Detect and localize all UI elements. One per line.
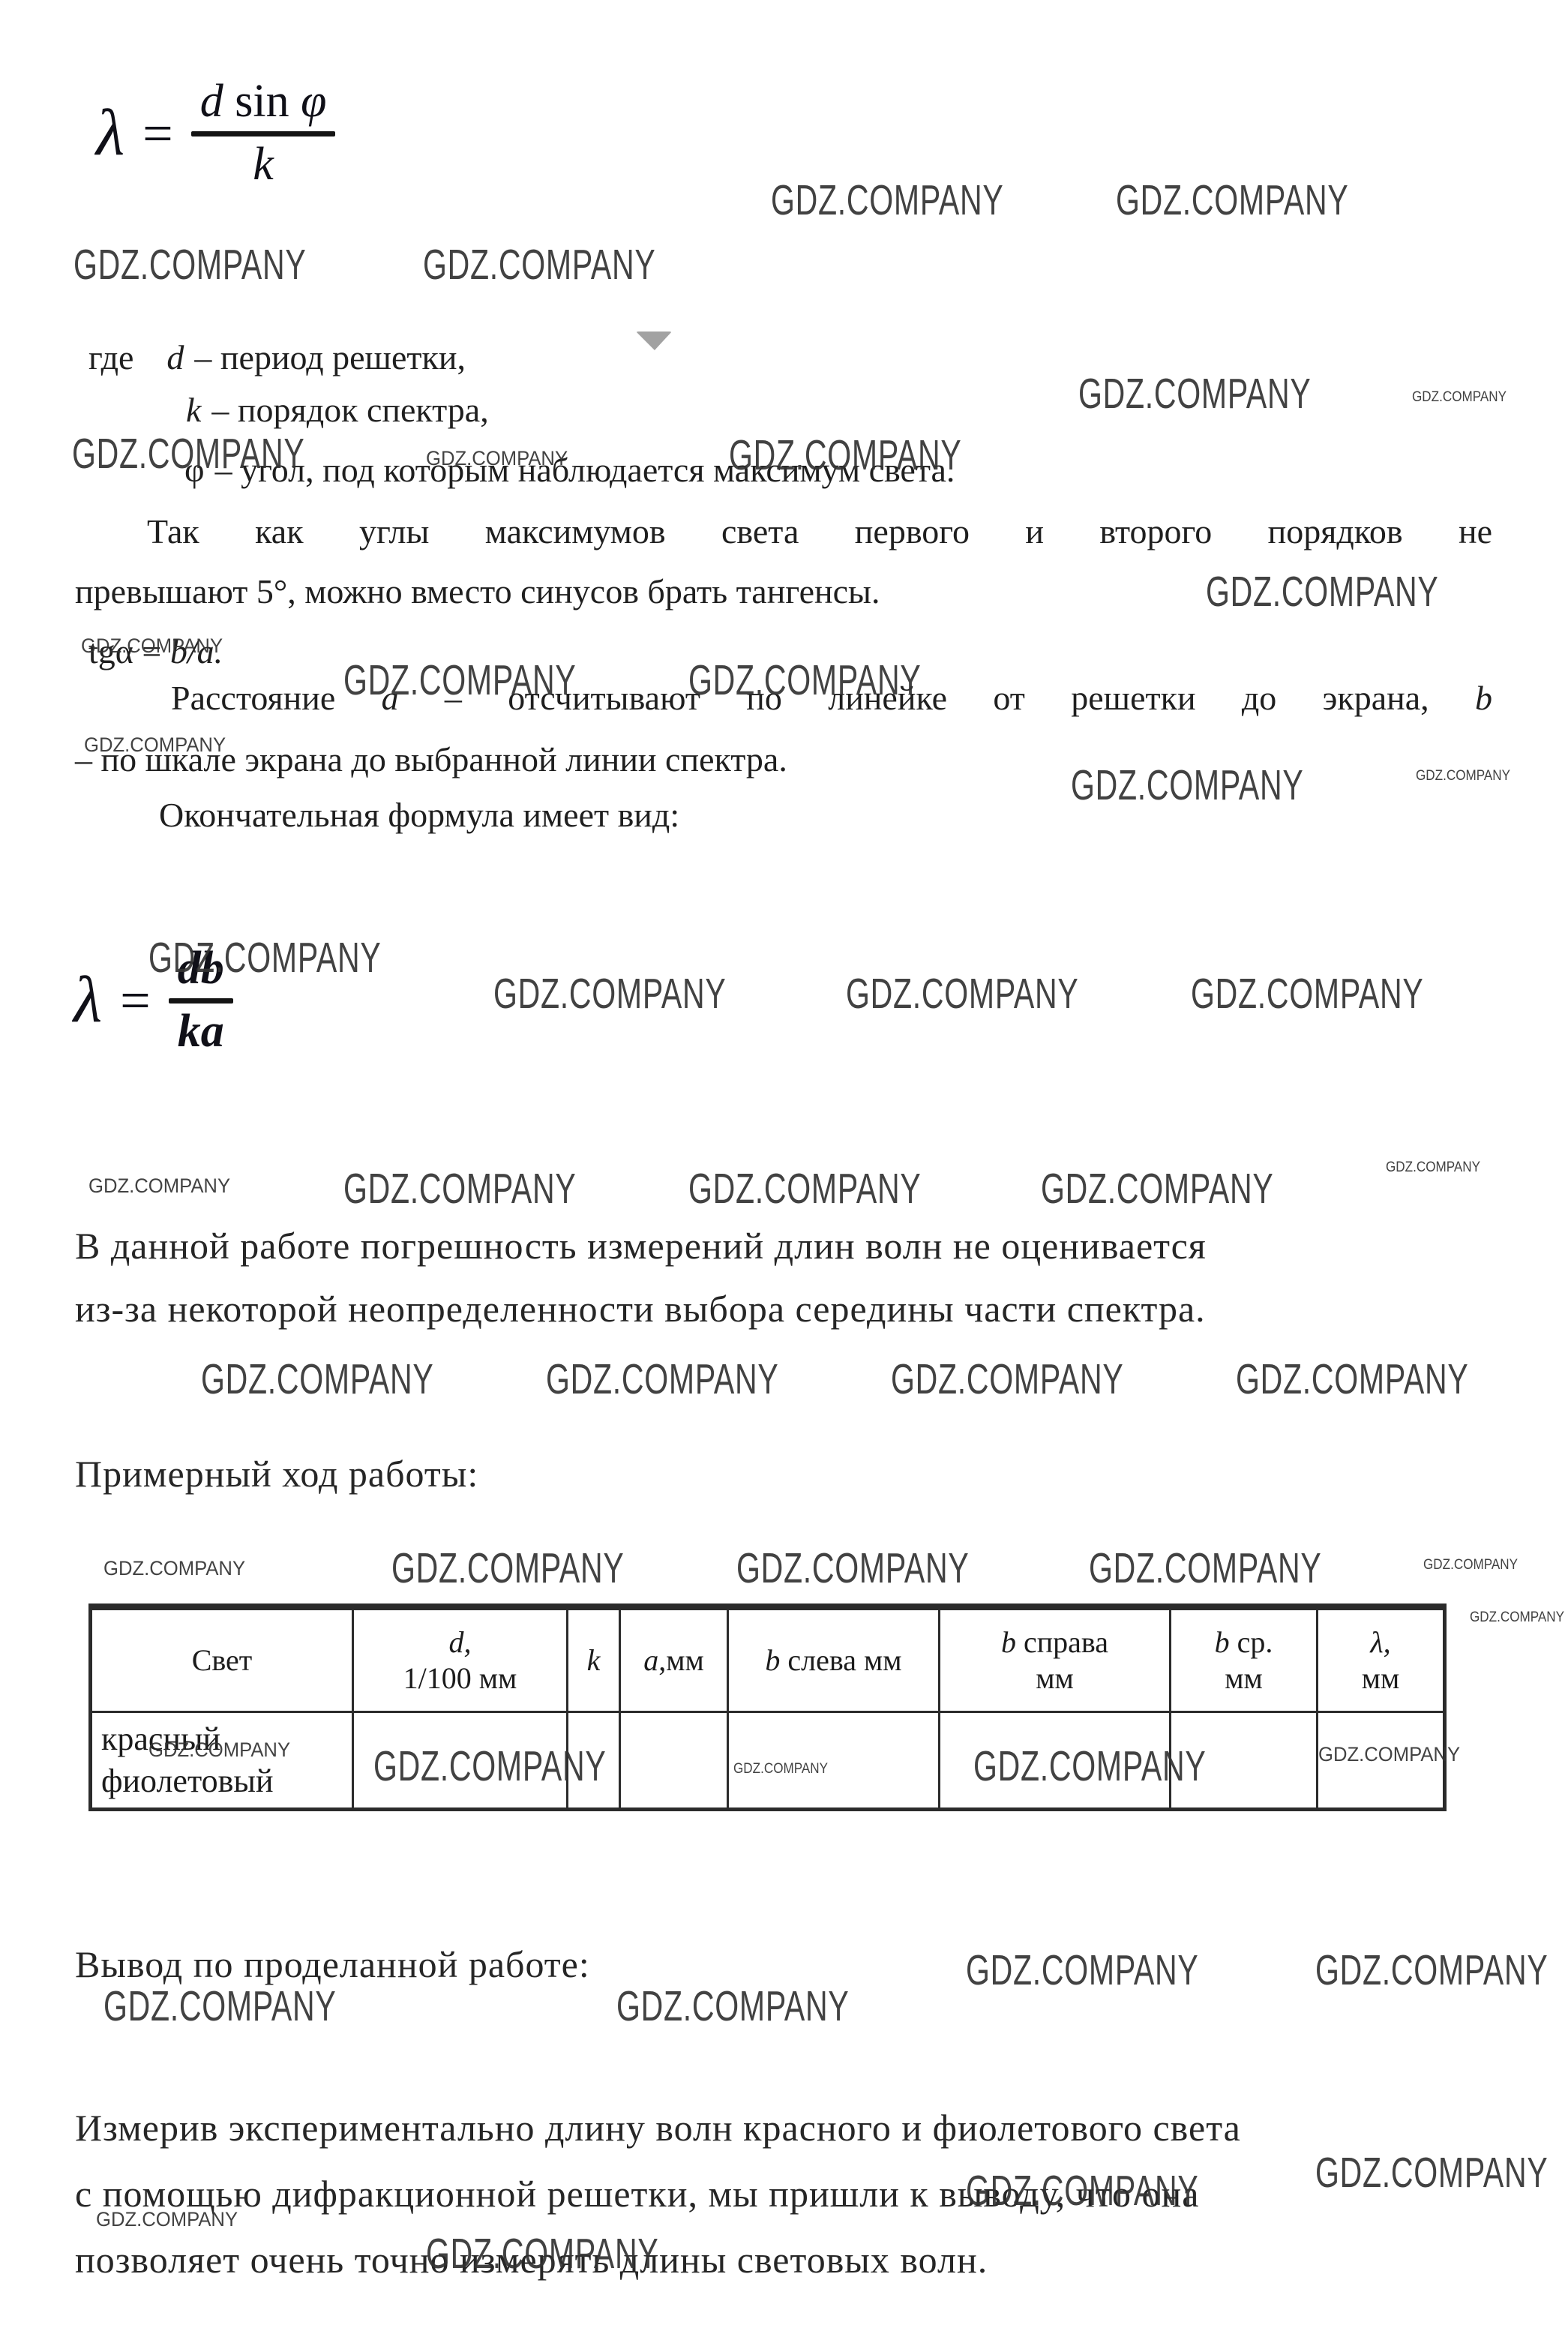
header-d: d, 1/100 мм bbox=[353, 1607, 568, 1712]
watermark: GDZ.COMPANY bbox=[72, 429, 304, 478]
header-b-avg: b ср. мм bbox=[1171, 1607, 1318, 1712]
watermark: GDZ.COMPANY bbox=[771, 175, 1003, 225]
watermark: GDZ.COMPANY bbox=[84, 733, 226, 757]
error-note-line1: В данной работе погрешность измерений дл… bbox=[75, 1222, 1207, 1269]
watermark: GDZ.COMPANY bbox=[343, 655, 576, 705]
watermark: GDZ.COMPANY bbox=[1423, 1557, 1518, 1573]
watermark: GDZ.COMPANY bbox=[1318, 1743, 1460, 1766]
watermark: GDZ.COMPANY bbox=[1315, 2148, 1548, 2197]
watermark: GDZ.COMPANY bbox=[966, 2166, 1198, 2215]
watermark: GDZ.COMPANY bbox=[1071, 760, 1303, 810]
watermark: GDZ.COMPANY bbox=[688, 1164, 921, 1213]
watermark: GDZ.COMPANY bbox=[729, 430, 961, 480]
watermark: GDZ.COMPANY bbox=[88, 1174, 230, 1198]
watermark: GDZ.COMPANY bbox=[423, 240, 655, 289]
watermark: GDZ.COMPANY bbox=[96, 2208, 238, 2231]
watermark: GDZ.COMPANY bbox=[1386, 1159, 1480, 1176]
formula-lambda-dsin: λ = d sin φ k bbox=[96, 75, 335, 192]
watermark: GDZ.COMPANY bbox=[973, 1741, 1206, 1791]
formula-lhs: λ bbox=[96, 100, 124, 166]
header-light: Свет bbox=[91, 1607, 353, 1712]
watermark: GDZ.COMPANY bbox=[1206, 567, 1438, 616]
header-k: k bbox=[568, 1607, 620, 1712]
watermark: GDZ.COMPANY bbox=[616, 1981, 849, 2031]
final-formula-intro: Окончательная формула имеет вид: bbox=[159, 793, 679, 837]
watermark: GDZ.COMPANY bbox=[426, 2229, 658, 2278]
watermark: GDZ.COMPANY bbox=[373, 1741, 606, 1791]
header-a: a,мм bbox=[620, 1607, 728, 1712]
fraction-bar bbox=[169, 998, 233, 1003]
watermark: GDZ.COMPANY bbox=[493, 969, 726, 1018]
header-b-left: b слева мм bbox=[728, 1607, 940, 1712]
equals-sign: = bbox=[142, 106, 173, 160]
watermark: GDZ.COMPANY bbox=[1191, 969, 1423, 1018]
watermark: GDZ.COMPANY bbox=[1236, 1354, 1468, 1404]
watermark: GDZ.COMPANY bbox=[1412, 389, 1507, 406]
cell-a-empty bbox=[620, 1712, 728, 1810]
watermark: GDZ.COMPANY bbox=[846, 969, 1078, 1018]
work-procedure-heading: Примерный ход работы: bbox=[75, 1450, 478, 1497]
document-page: λ = d sin φ k гдеd– период решетки, k– п… bbox=[0, 0, 1568, 2331]
header-lambda: λ, мм bbox=[1318, 1607, 1445, 1712]
watermark: GDZ.COMPANY bbox=[546, 1354, 778, 1404]
fraction-numerator: d sin φ bbox=[191, 75, 336, 128]
paragraph-tangent-line1: Так как углы максимумов света первого и … bbox=[75, 510, 1492, 553]
fraction-denominator: k bbox=[244, 138, 283, 191]
header-b-right: b справа мм bbox=[940, 1607, 1171, 1712]
watermark: GDZ.COMPANY bbox=[1078, 369, 1311, 418]
watermark: GDZ.COMPANY bbox=[148, 1738, 290, 1762]
watermark: GDZ.COMPANY bbox=[426, 447, 568, 470]
watermark: GDZ.COMPANY bbox=[1470, 1609, 1564, 1626]
watermark: GDZ.COMPANY bbox=[391, 1543, 624, 1593]
watermark: GDZ.COMPANY bbox=[343, 1164, 576, 1213]
watermark: GDZ.COMPANY bbox=[891, 1354, 1123, 1404]
watermark: GDZ.COMPANY bbox=[103, 1981, 336, 2031]
watermark: GDZ.COMPANY bbox=[103, 1557, 245, 1580]
equals-sign: = bbox=[120, 973, 151, 1027]
fraction: d sin φ k bbox=[191, 75, 336, 192]
watermark: GDZ.COMPANY bbox=[201, 1354, 433, 1404]
gray-triangle-marker bbox=[636, 331, 672, 350]
definition-line-d: гдеd– период решетки, bbox=[88, 336, 466, 379]
watermark: GDZ.COMPANY bbox=[1116, 175, 1348, 225]
watermark: GDZ.COMPANY bbox=[1089, 1543, 1321, 1593]
watermark: GDZ.COMPANY bbox=[81, 634, 223, 658]
table-header-row: Свет d, 1/100 мм k a,мм b слева мм b спр… bbox=[91, 1607, 1445, 1712]
watermark: GDZ.COMPANY bbox=[1416, 768, 1510, 784]
watermark: GDZ.COMPANY bbox=[1315, 1945, 1548, 1995]
conclusion-line1: Измерив экспериментально длину волн крас… bbox=[75, 2104, 1241, 2151]
paragraph-tangent-line2: превышают 5°, можно вместо синусов брать… bbox=[75, 570, 880, 613]
watermark: GDZ.COMPANY bbox=[966, 1945, 1198, 1995]
watermark: GDZ.COMPANY bbox=[73, 240, 306, 289]
definition-line-k: k– порядок спектра, bbox=[186, 388, 489, 432]
conclusion-heading: Вывод по проделанной работе: bbox=[75, 1941, 590, 1987]
watermark: GDZ.COMPANY bbox=[688, 655, 921, 705]
watermark: GDZ.COMPANY bbox=[1041, 1164, 1273, 1213]
watermark: GDZ.COMPANY bbox=[148, 933, 381, 982]
fraction-denominator: ka bbox=[169, 1005, 233, 1058]
watermark: GDZ.COMPANY bbox=[733, 1761, 828, 1777]
formula-lhs: λ bbox=[73, 967, 102, 1033]
fraction-bar bbox=[191, 131, 336, 136]
watermark: GDZ.COMPANY bbox=[736, 1543, 969, 1593]
measurement-table: Свет d, 1/100 мм k a,мм b слева мм b спр… bbox=[88, 1603, 1447, 1811]
error-note-line2: из-за некоторой неопределенности выбора … bbox=[75, 1285, 1206, 1332]
